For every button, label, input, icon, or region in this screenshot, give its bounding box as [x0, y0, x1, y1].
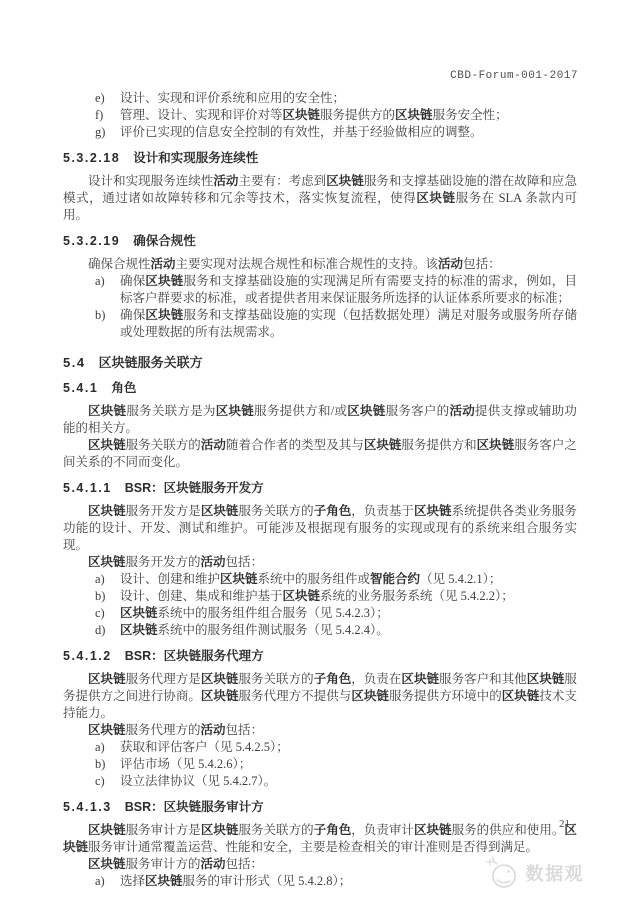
- bold-term: 活动: [438, 257, 463, 271]
- bold-term: 活动: [151, 257, 176, 271]
- text-segment: 系统中的服务组件或: [258, 572, 371, 586]
- text-segment: 系统的业务服务系统（见 5.4.2.2）；: [320, 589, 514, 603]
- section-title: BSR：区块链服务审计方: [125, 800, 264, 814]
- bold-term: 区块链: [502, 689, 540, 703]
- text-segment: 随着合作者的类型及其与: [226, 438, 364, 452]
- text-segment: 服务的审计形式（见 5.4.2.8）；: [183, 874, 352, 888]
- text-segment: 服务代理方是: [126, 672, 201, 686]
- bold-term: 子角色: [314, 504, 352, 518]
- text-segment: 服务提供方的: [320, 108, 395, 122]
- bold-term: 区块链: [120, 623, 158, 637]
- bold-term: 区块链: [145, 308, 183, 322]
- paragraph: 确保合规性活动主要实现对法规合规性和标准合规性的支持。该活动包括：: [63, 256, 577, 273]
- section-title: 角色: [111, 381, 136, 395]
- list-item: b)确保区块链服务和支撑基础设施的实现（包括数据处理）满足对服务或服务所存储或处…: [63, 307, 577, 341]
- list-item: f)管理、设计、实现和评价对等区块链服务提供方的区块链服务安全性；: [63, 107, 577, 124]
- text-segment: 服务关联方的: [238, 823, 313, 837]
- text-segment: ，负责审计: [351, 823, 414, 837]
- document-page: CBD-Forum-001-2017 e)设计、实现和评价系统和应用的安全性；f…: [0, 0, 640, 905]
- text-segment: 服务关联方的: [238, 504, 313, 518]
- bold-term: 区块链: [145, 274, 183, 288]
- text-segment: 包括：: [226, 723, 264, 737]
- bold-term: 区块链: [88, 723, 126, 737]
- watermark: 数据观: [483, 856, 585, 890]
- list-item: a)设计、创建和维护区块链系统中的服务组件或智能合约（见 5.4.2.1）；: [63, 571, 577, 588]
- list-marker: b): [95, 756, 105, 773]
- section-number: 5.3.2.19: [63, 234, 120, 248]
- watermark-text: 数据观: [526, 860, 585, 886]
- section-title: 确保合规性: [133, 234, 196, 248]
- text-segment: 管理、设计、实现和评价对等: [120, 108, 283, 122]
- doc-code: CBD-Forum-001-2017: [450, 70, 578, 82]
- list-marker: a): [95, 571, 105, 588]
- text-segment: 主要实现对法规合规性和标准合规性的支持。该: [176, 257, 439, 271]
- list-item: a)确保区块链服务和支撑基础设施的实现满足所有需要支持的标准的需求，例如，目标客…: [63, 273, 577, 307]
- bold-term: 区块链: [326, 174, 364, 188]
- bold-term: 区块链: [283, 589, 321, 603]
- bold-term: 区块链: [414, 823, 452, 837]
- bold-term: 区块链: [88, 672, 126, 686]
- text-segment: 确保: [120, 274, 145, 288]
- text-segment: 服务和支撑基础设施的实现满足所有需要支持的标准的需求，例如，目标客户群要求的标准…: [120, 274, 577, 305]
- list-marker: d): [95, 622, 105, 639]
- text-segment: 确保合规性: [88, 257, 151, 271]
- text-segment: 包括：: [226, 555, 264, 569]
- list-item: g)评价已实现的信息安全控制的有效性，并基于经验做相应的调整。: [63, 124, 577, 141]
- list-marker: a): [95, 273, 105, 290]
- text-segment: 确保: [120, 308, 145, 322]
- text-segment: 主要有：考虑到: [238, 174, 326, 188]
- paragraph: 区块链服务审计方是区块链服务关联方的子角色，负责审计区块链服务的供应和使用。区块…: [63, 822, 577, 856]
- text-segment: 服务关联方是为: [126, 404, 215, 418]
- section-heading: 5.3.2.18设计和实现服务连续性: [63, 150, 577, 167]
- bold-term: 区块链: [401, 672, 439, 686]
- text-segment: 服务开发方是: [126, 504, 201, 518]
- bold-term: 智能合约: [370, 572, 420, 586]
- bold-term: 区块链: [395, 108, 433, 122]
- bold-term: 区块链: [88, 555, 126, 569]
- text-segment: ，负责基于: [351, 504, 414, 518]
- text-segment: 包括：: [463, 257, 501, 271]
- text-segment: 服务审计方是: [126, 823, 201, 837]
- list-item: b)设计、创建、集成和维护基于区块链系统的业务服务系统（见 5.4.2.2）；: [63, 588, 577, 605]
- bold-term: 区块链: [283, 108, 321, 122]
- bold-term: 区块链: [201, 689, 239, 703]
- list-marker: c): [95, 605, 105, 622]
- bold-term: 区块链: [220, 572, 258, 586]
- text-segment: 服务和支撑基础设施的实现（包括数据处理）满足对服务或服务所存储或处理数据的所有法…: [120, 308, 577, 339]
- bold-term: 活动: [201, 857, 226, 871]
- document-body: e)设计、实现和评价系统和应用的安全性；f)管理、设计、实现和评价对等区块链服务…: [63, 90, 577, 890]
- bold-term: 区块链: [145, 874, 183, 888]
- paragraph: 区块链服务关联方的活动随着合作者的类型及其与区块链服务提供方和区块链服务客户之间…: [63, 437, 577, 471]
- section-heading: 5.4.1角色: [63, 380, 577, 397]
- section-heading: 5.4.1.2BSR：区块链服务代理方: [63, 648, 577, 665]
- list-item: a)获取和评估客户（见 5.4.2.5）；: [63, 739, 577, 756]
- text-segment: 设计和实现服务连续性: [88, 174, 213, 188]
- text-segment: 服务代理方不提供与: [239, 689, 352, 703]
- text-segment: 服务代理方的: [126, 723, 201, 737]
- section-heading: 5.3.2.19确保合规性: [63, 233, 577, 250]
- bold-term: 区块链: [201, 823, 239, 837]
- bold-term: 区块链: [216, 404, 254, 418]
- section-heading: 5.4.1.1BSR：区块链服务开发方: [63, 480, 577, 497]
- list-marker: c): [95, 773, 105, 790]
- bold-term: 活动: [201, 438, 226, 452]
- text-segment: 服务客户的: [386, 404, 450, 418]
- page-number: 21: [559, 818, 570, 830]
- text-segment: 服务关联方的: [238, 672, 313, 686]
- paragraph: 区块链服务代理方是区块链服务关联方的子角色，负责在区块链服务客户和其他区块链服务…: [63, 671, 577, 722]
- text-segment: 服务开发方的: [126, 555, 201, 569]
- text-segment: 设计、创建和维护: [120, 572, 220, 586]
- text-segment: 设计、实现和评价系统和应用的安全性；: [120, 91, 345, 105]
- bold-term: 活动: [201, 555, 226, 569]
- section-number: 5.3.2.18: [63, 151, 120, 165]
- list-marker: b): [95, 307, 105, 324]
- text-segment: 服务的供应和使用。: [452, 823, 565, 837]
- bold-term: 区块链: [88, 438, 126, 452]
- paragraph: 设计和实现服务连续性活动主要有：考虑到区块链服务和支撑基础设施的潜在故障和应急模…: [63, 173, 577, 224]
- section-number: 5.4.1: [63, 381, 98, 395]
- section-title: 区块链服务关联方: [99, 355, 203, 370]
- section-heading: 5.4.1.3BSR：区块链服务审计方: [63, 799, 577, 816]
- list-marker: e): [95, 90, 105, 107]
- bold-term: 区块链: [88, 404, 126, 418]
- paragraph: 区块链服务开发方的活动包括：: [63, 554, 577, 571]
- text-segment: ，负责在: [351, 672, 401, 686]
- whale-icon: [483, 856, 521, 890]
- text-segment: 设立法律协议（见 5.4.2.7）。: [120, 774, 276, 788]
- bold-term: 区块链: [414, 504, 452, 518]
- bold-term: 活动: [213, 174, 238, 188]
- paragraph: 区块链服务关联方是为区块链服务提供方和/或区块链服务客户的活动提供支撑或辅助功能…: [63, 403, 577, 437]
- bold-term: 区块链: [201, 504, 239, 518]
- text-segment: 服务关联方的: [126, 438, 201, 452]
- text-segment: 包括：: [226, 857, 264, 871]
- bold-term: 区块链: [527, 672, 565, 686]
- text-segment: 评价已实现的信息安全控制的有效性，并基于经验做相应的调整。: [120, 125, 483, 139]
- list-marker: f): [95, 107, 103, 124]
- bold-term: 区块链: [347, 404, 385, 418]
- paragraph: 区块链服务代理方的活动包括：: [63, 722, 577, 739]
- paragraph: 区块链服务开发方是区块链服务关联方的子角色，负责基于区块链系统提供各类业务服务功…: [63, 503, 577, 554]
- bold-term: 子角色: [314, 672, 352, 686]
- bold-term: 区块链: [364, 438, 402, 452]
- section-title: 设计和实现服务连续性: [133, 151, 258, 165]
- text-segment: 服务审计通常覆盖运营、性能和安全，主要是检查相关的审计准则是否得到满足。: [88, 840, 538, 854]
- text-segment: 评估市场（见 5.4.2.6）；: [120, 757, 251, 771]
- section-number: 5.4.1.1: [63, 481, 112, 495]
- text-segment: 系统中的服务组件组合服务（见 5.4.2.3）；: [158, 606, 389, 620]
- text-segment: 设计、创建、集成和维护基于: [120, 589, 283, 603]
- section-title: BSR：区块链服务开发方: [125, 481, 264, 495]
- bold-term: 区块链: [88, 823, 126, 837]
- text-segment: 服务安全性；: [433, 108, 508, 122]
- list-item: c)设立法律协议（见 5.4.2.7）。: [63, 773, 577, 790]
- section-number: 5.4.1.3: [63, 800, 112, 814]
- bold-term: 活动: [201, 723, 226, 737]
- list-marker: a): [95, 739, 105, 756]
- bold-term: 区块链: [88, 504, 126, 518]
- text-segment: 服务客户和其他: [439, 672, 527, 686]
- section-number: 5.4: [63, 355, 86, 370]
- text-segment: 服务审计方的: [126, 857, 201, 871]
- list-marker: b): [95, 588, 105, 605]
- text-segment: 服务提供方环境中的: [389, 689, 502, 703]
- section-heading: 5.4区块链服务关联方: [63, 354, 577, 371]
- bold-term: 区块链: [201, 672, 239, 686]
- text-segment: 选择: [120, 874, 145, 888]
- bold-term: 区块链: [477, 438, 515, 452]
- bold-term: 子角色: [314, 823, 352, 837]
- text-segment: （见 5.4.2.1）；: [420, 572, 501, 586]
- section-title: BSR：区块链服务代理方: [125, 649, 264, 663]
- text-segment: 服务提供方和/或: [254, 404, 347, 418]
- list-item: e)设计、实现和评价系统和应用的安全性；: [63, 90, 577, 107]
- bold-term: 区块链: [416, 191, 455, 205]
- list-marker: g): [95, 124, 105, 141]
- bold-term: 区块链: [120, 606, 158, 620]
- text-segment: 系统中的服务组件测试服务（见 5.4.2.4）。: [158, 623, 389, 637]
- text-segment: 获取和评估客户（见 5.4.2.5）；: [120, 740, 289, 754]
- bold-term: 区块链: [351, 689, 389, 703]
- list-item: d)区块链系统中的服务组件测试服务（见 5.4.2.4）。: [63, 622, 577, 639]
- list-marker: a): [95, 873, 105, 890]
- section-number: 5.4.1.2: [63, 649, 112, 663]
- text-segment: 服务提供方和: [401, 438, 476, 452]
- list-item: c)区块链系统中的服务组件组合服务（见 5.4.2.3）；: [63, 605, 577, 622]
- list-item: b)评估市场（见 5.4.2.6）；: [63, 756, 577, 773]
- bold-term: 区块链: [88, 857, 126, 871]
- bold-term: 活动: [449, 404, 475, 418]
